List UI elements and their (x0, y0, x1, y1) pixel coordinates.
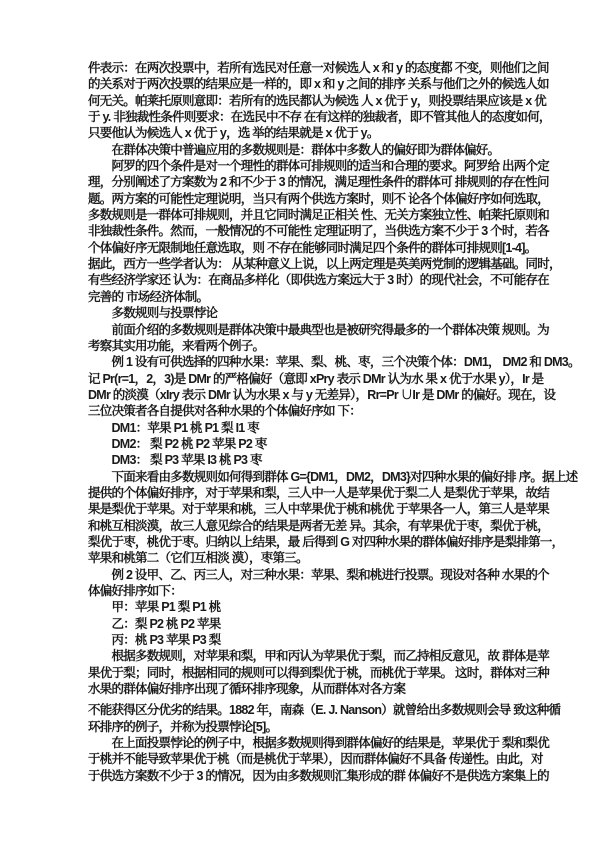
text-line: 理，分别阐述了方案数为 2 和不少于 3 的情况，满足理性条件的群体可 排规则的… (88, 174, 528, 190)
text-line: 个体偏好序无限制地任意选取，则 不存在能够同时满足四个条件的群体可排规则[1-4… (88, 240, 528, 256)
text-line: 三位决策者各自提供对各种水果的个体偏好序如 下： (88, 403, 528, 419)
text-line: 不能获得区分优劣的结果。1882 年，南森（E. J. Nanson）就曾给出多… (88, 702, 528, 718)
text-line: 何无关。帕莱托原则意即：若所有的选民都认为候选 人 x 优于 y，则投票结果应该… (88, 93, 528, 109)
text-line: 和桃互相淡漠，故三人意见综合的结果是两者无差 异。其余，有苹果优于枣，梨优于桃， (88, 518, 528, 534)
text-line: 记 Pr(r=1，2，3)是 DMr 的严格偏好（意即 xPry 表示 DMr … (88, 371, 528, 387)
text-line: 例 1 设有可供选择的四种水果：苹果、梨、桃、枣，三个决策个体：DM1， DM2… (88, 354, 528, 370)
text-line: 苹果和桃第二（它们互相淡 漠），枣第三。 (88, 550, 528, 566)
text-line: 体偏好排序如下： (88, 583, 528, 599)
text-line: 在上面投票悖论的例子中，根据多数规则得到群体偏好的结果是，苹果优于 梨和梨优 (88, 735, 528, 751)
text-line: 阿罗的四个条件是对一个理性的群体可排规则的适当和合理的要求。阿罗给 出两个定 (88, 158, 528, 174)
preference-row-dm1: DM1：苹果 P1 桃 P1 梨 I1 枣 (88, 420, 528, 436)
text-line: 根据多数规则，对苹果和梨，甲和丙认为苹果优于梨，而乙持相反意见，故 群体是苹 (88, 648, 528, 664)
text-line: 只要他认为候选人 x 优于 y，选 举的结果就是 x 优于 y。 (88, 125, 528, 141)
text-line: DMr 的淡漠（xIry 表示 DMr 认为水果 x 与 y 无差异），Rr=P… (88, 387, 528, 403)
text-line: 下面来看由多数规则如何得到群体 G={DM1，DM2，DM3}对四种水果的偏好排… (88, 469, 528, 485)
text-line: 非独裁性条件。然而，一般情况的不可能性 定理证明了，当供选方案不少于 3 个时，… (88, 223, 528, 239)
text-line: 水果的群体偏好排序出现了循环排序现象，从而群体对各方案 (88, 681, 528, 697)
preference-row-dm2: DM2： 梨 P2 桃 P2 苹果 P2 枣 (88, 436, 528, 452)
text-line: 于供选方案数不少于 3 的情况，因为由多数规则汇集形成的群 体偏好不是供选方案集… (88, 768, 528, 784)
text-line: 题。两方案的可能性定理说明，当只有两个供选方案时，则不 论各个体偏好序如何选取， (88, 191, 528, 207)
text-line: 环排序的例子，并称为投票悖论[5]。 (88, 719, 528, 735)
text-line: 梨优于枣，桃优于枣。归纳以上结果，最 后得到 G 对四种水果的群体偏好排序是梨排… (88, 534, 528, 550)
section-heading: 多数规则与投票悖论 (88, 305, 528, 321)
text-line: 前面介绍的多数规则是群体决策中最典型也是被研究得最多的一个群体决策 规则。为 (88, 322, 528, 338)
preference-row-yi: 乙：梨 P2 桃 P2 苹果 (88, 616, 528, 632)
text-line: 的关系对于两次投票的结果应是一样的，即 x 和 y 之间的排序 关系与他们之外的… (88, 76, 528, 92)
text-line: 于 y. 非独裁性条件则要求：在选民中不存 在有这样的独裁者，即不管其他人的态度… (88, 109, 528, 125)
text-line: 据此，西方一些学者认为： 从某种意义上说，以上两定理是英美两党制的逻辑基础。同时… (88, 256, 528, 272)
preference-row-bing: 丙：桃 P3 苹果 P3 梨 (88, 632, 528, 648)
text-block: 件表示：在两次投票中，若所有选民对任意一对候选人 x 和 y 的态度都 不变，则… (88, 60, 528, 784)
text-line: 件表示：在两次投票中，若所有选民对任意一对候选人 x 和 y 的态度都 不变，则… (88, 60, 528, 76)
text-line: 多数规则是一群体可排规则，并且它同时满足正相关 性、无关方案独立性、帕莱托原则和 (88, 207, 528, 223)
text-line: 完善的 市场经济体制。 (88, 289, 528, 305)
text-line: 在群体决策中普遍应用的多数规则是：群体中多数人的偏好即为群体偏好。 (88, 142, 528, 158)
text-line: 提供的个体偏好排序，对于苹果和梨，三人中一人是苹果优于梨二人 是梨优于苹果，故结 (88, 485, 528, 501)
text-line: 例 2 设甲、乙、丙三人，对三种水果：苹果、梨和桃进行投票。现设对各种 水果的个 (88, 567, 528, 583)
document-page: 件表示：在两次投票中，若所有选民对任意一对候选人 x 和 y 的态度都 不变，则… (0, 0, 600, 848)
preference-row-jia: 甲：苹果 P1 梨 P1 桃 (88, 599, 528, 615)
text-line: 考察其实用功能，来看两个例子。 (88, 338, 528, 354)
text-line: 于桃并不能导致苹果优于桃（而是桃优于苹果），因而群体偏好不具备 传递性。由此，对 (88, 751, 528, 767)
text-line: 有些经济学家还 认为：在商品多样化（即供选方案远大于 3 时）的现代社会，不可能… (88, 272, 528, 288)
text-line: 果是梨优于苹果。对于苹果和桃，三人中苹果优于桃和桃优 于苹果各一人，第三人是苹果 (88, 501, 528, 517)
text-line: 果优于梨；同时，根据相同的规则可以得到梨优于桃，而桃优于苹果。 这时，群体对三种 (88, 665, 528, 681)
preference-row-dm3: DM3： 梨 P3 苹果 I3 桃 P3 枣 (88, 452, 528, 468)
